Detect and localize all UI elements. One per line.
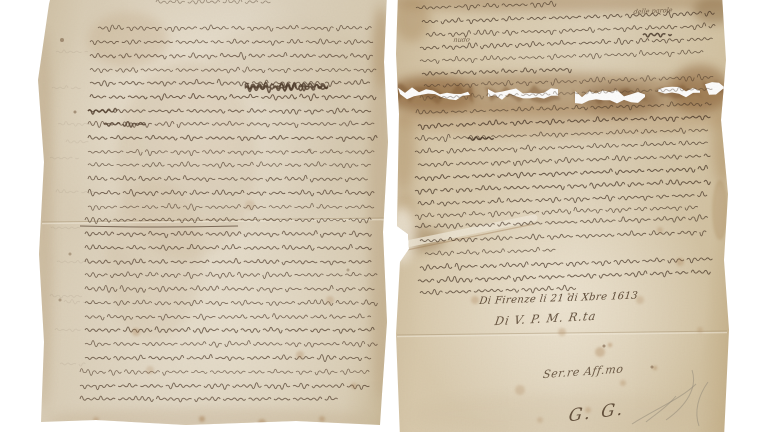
photo-of-letter: delle parole nudo Di Firenze li 21 di Xb… [0,0,768,432]
letter-page-right: delle parole nudo Di Firenze li 21 di Xb… [394,0,730,432]
letter-page-left [36,0,390,432]
paper-grain-texture [36,0,390,432]
handwriting-left-svg [36,0,390,432]
interlinear-insertion-2: nudo [453,35,471,44]
